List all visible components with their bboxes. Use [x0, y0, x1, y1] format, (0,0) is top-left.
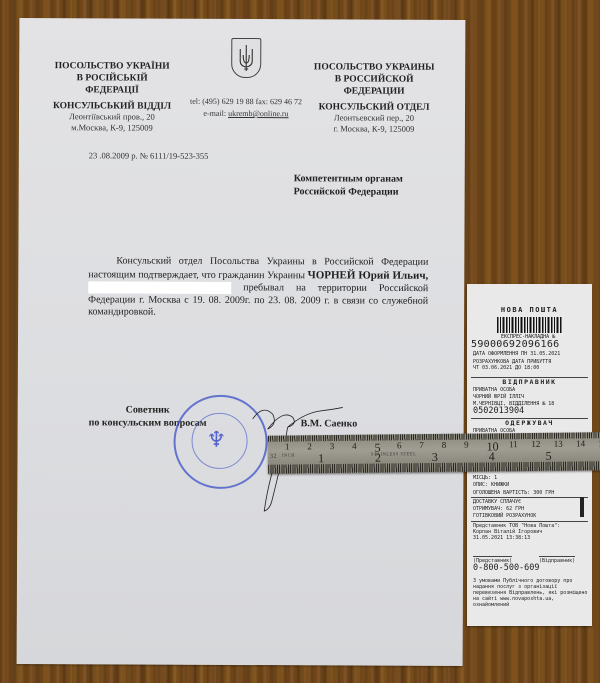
tryzub-icon [231, 38, 261, 78]
contact-email: e-mail: ukremb@online.ru [171, 109, 321, 119]
sender-type: ПРИВАТНА ОСОБА [473, 387, 515, 393]
payment-method: ГОТІВКОВИЙ РОЗРАХУНОК [473, 513, 536, 519]
ruler-inch-label: 3 [432, 450, 438, 465]
steel-ruler: 123456789101112131415 123456 STAINLESS S… [268, 432, 600, 473]
ruler-cm-label: 13 [554, 439, 563, 449]
ruler-inch-label: 1 [318, 451, 324, 466]
sender-heading: ВІДПРАВНИК [467, 378, 592, 386]
ruler-cm-label: 4 [352, 441, 357, 451]
right-org-line-1: ПОСОЛЬСТВО УКРАИНЫ [309, 61, 439, 74]
addressee-line-2: Российской Федерации [294, 185, 403, 198]
ruler-cm-label: 9 [464, 440, 469, 450]
receipt-marker [580, 497, 584, 517]
ruler-cm-label: 6 [397, 440, 402, 450]
declared-value: ОГОЛОШЕНА ВАРТІСТЬ: 300 ГРН [473, 490, 554, 496]
right-address-line-2: г. Москва, К-9, 125009 [309, 123, 439, 135]
contact-phone: tel: (495) 629 19 88 fax: 629 46 72 [171, 97, 321, 107]
ruler-cm-label: 14 [576, 438, 585, 448]
consular-letter: ПОСОЛЬСТВО УКРАЇНИ В РОСІЙСЬКІЙ ФЕДЕРАЦІ… [17, 18, 466, 666]
email-link[interactable]: ukremb@online.ru [228, 109, 289, 118]
stamp-tryzub-icon: ♆ [207, 427, 227, 453]
receipt-brand: НОВА ПОШТА [467, 306, 592, 314]
right-address: Леонтьевский пер., 20 г. Москва, К-9, 12… [309, 112, 439, 135]
ruler-cm-label: 11 [509, 439, 518, 449]
ruler-cm-label: 12 [531, 439, 540, 449]
right-header-org: ПОСОЛЬСТВО УКРАИНЫ В РОССИЙСКОЙ ФЕДЕРАЦИ… [309, 61, 439, 98]
ruler-cm-label: 8 [442, 440, 447, 450]
created-date: ДАТА ОФОРМЛЕННЯ ПН 31.05.2021 [473, 351, 560, 357]
hotline: 0-800-500-609 [473, 565, 540, 571]
sender-phone: 0502013904 [473, 408, 524, 414]
redaction-box [88, 281, 231, 294]
left-org-line-2: В РОСІЙСЬКІЙ [47, 72, 177, 85]
left-address-line-1: Леонтіївський пров., 20 [47, 111, 177, 123]
ruler-cm-label: 7 [419, 440, 424, 450]
left-header-org: ПОСОЛЬСТВО УКРАЇНИ В РОСІЙСЬКІЙ ФЕДЕРАЦІ… [47, 60, 177, 97]
citizen-name: ЧОРНЕЙ Юрий Ильич [308, 269, 426, 282]
right-org-line-3: ФЕДЕРАЦИИ [309, 85, 439, 98]
addressee-line-1: Компетентным органам [294, 172, 403, 185]
ruler-cm-label: 1 [285, 442, 290, 452]
delivery-cost-label: ДОСТАВКУ СПЛАЧУЄ [473, 499, 521, 505]
reference-number: 23 .08.2009 р. № 6111/19-523-355 [89, 150, 209, 161]
email-label: e-mail: [203, 109, 228, 118]
ruler-fraction: 32 [270, 454, 277, 460]
sender-signature-label: (Відправник) [539, 556, 575, 564]
barcode-icon [497, 317, 562, 333]
left-address-line-2: м.Москва, К-9, 125009 [47, 122, 177, 134]
right-address-line-1: Леонтьевский пер., 20 [309, 112, 439, 124]
recipient-heading: ОДЕРЖУВАЧ [467, 419, 592, 427]
right-org-line-2: В РОССИЙСКОЙ [309, 73, 439, 86]
payer: ОТРИМУВАЧ: 62 ГРН [473, 506, 524, 512]
addressee: Компетентным органам Российской Федераци… [294, 172, 403, 198]
footer-line-5: ознайомлений [473, 602, 509, 608]
ruler-inch-label: 4 [489, 449, 495, 464]
left-org-line-1: ПОСОЛЬСТВО УКРАЇНИ [47, 60, 177, 73]
agent-timestamp: 31.05.2021 13:38:13 [473, 535, 530, 541]
ruler-inch-label: 5 [546, 449, 552, 464]
arrival-date: ЧТ 03.06.2021 ДО 18:00 [473, 365, 539, 371]
waybill-number: 59000692096166 [471, 339, 560, 350]
places-count: МІСЦЬ: 1 [473, 475, 497, 481]
left-org-line-3: ФЕДЕРАЦІЇ [47, 84, 177, 97]
left-address: Леонтіївський пров., 20 м.Москва, К-9, 1… [47, 111, 177, 134]
letter-body: Консульский отдел Посольства Украины в Р… [88, 255, 428, 320]
sender-name: ЧОРНИЙ ЮРІЙ ІЛЛІЧ [473, 394, 524, 400]
ruler-cm-label: 3 [330, 441, 335, 451]
description: ОПИС: КНИЖКИ [473, 482, 509, 488]
ruler-cm-label: 2 [307, 441, 312, 451]
ruler-brand: STAINLESS STEEL [371, 451, 417, 456]
ruler-unit-label: INCH [282, 452, 295, 457]
